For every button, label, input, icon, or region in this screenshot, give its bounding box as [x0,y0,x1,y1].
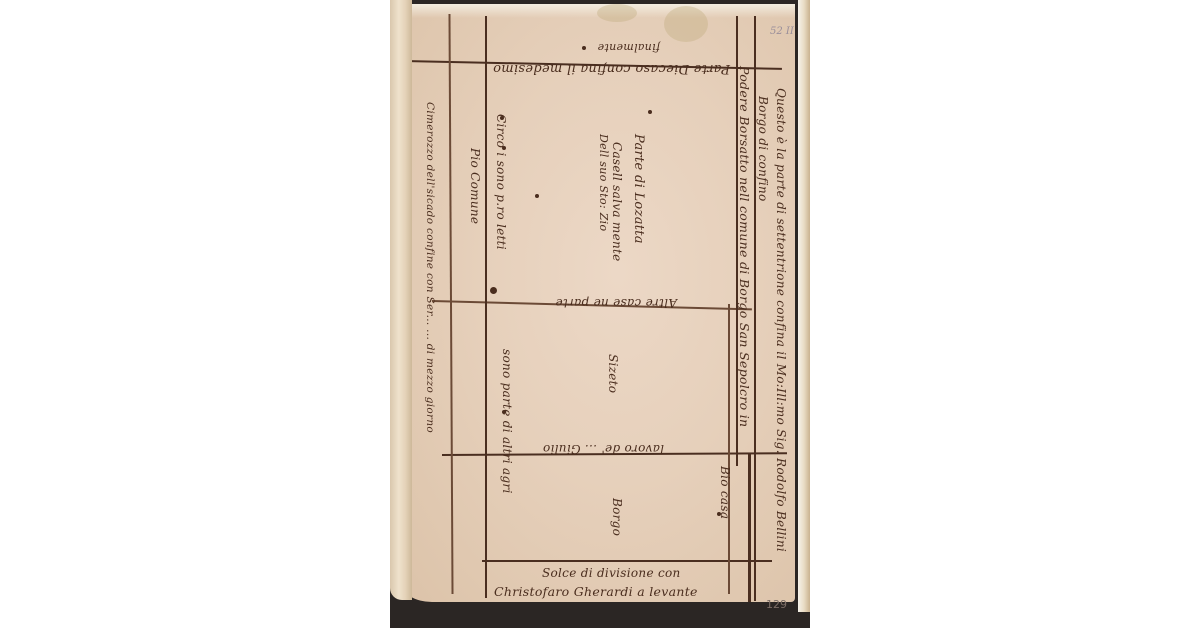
annotation-center-middle: Sizeto [606,354,620,393]
annotation-bottom-line2: Christofaro Gherardi a levante [494,584,698,599]
annotation-mid-inverted-1: Altre case ne parte [555,296,677,310]
ink-dot [535,194,539,198]
image-viewer: 52 II Parte Diecaso confina il medesimo … [0,0,1200,628]
annotation-right-outer: Questo è la parte di settentrione confin… [774,88,788,552]
annotation-left-outer: Cimerozzo dell'sicado confine con Ser...… [424,102,436,433]
ruled-line-left-outer [448,14,453,594]
annotation-top-inverted: Parte Diecaso confina il medesimo [493,61,730,76]
annotation-left-inner-2: Pio Comune [468,148,482,224]
ink-dot [502,146,506,150]
page-right-edge [798,0,810,612]
water-stain [664,6,708,42]
annotation-bottom-line1: Solce di divisione con [542,566,681,580]
annotation-center-3: Dell suo Sto: Zio [597,134,610,231]
water-stain [597,4,637,22]
binding-edge [390,0,412,600]
annotation-left-inner-1: Circo i sono p.ro letti [494,114,508,250]
annotation-mid-inverted-2: lavoro de' ... Giulio [543,442,664,456]
manuscript-scan: 52 II Parte Diecaso confina il medesimo … [390,0,810,628]
annotation-center-2: Casell salva mente [610,142,624,262]
ink-dot [717,512,721,516]
folio-number: 129 [766,598,787,611]
ruled-line-left-inner [485,16,487,598]
manuscript-page: 52 II Parte Diecaso confina il medesimo … [402,4,795,602]
ruled-line-right-inner-2 [728,304,730,594]
annotation-right-inner-2: Bio casa [718,466,732,519]
ruled-line-right-lower [748,454,751,602]
annotation-top-inverted-2: finalmente [597,41,660,54]
annotation-lower-left-column: sono parte di altri agri [500,349,514,494]
ink-dot [500,116,504,120]
annotation-center-1: Parte di Lozatta [631,134,646,244]
pencil-folio-mark: 52 II [770,26,794,37]
annotation-right-inner: Podere Borsatto nell comune di Borgo San… [737,66,752,427]
ink-dot [648,110,652,114]
annotation-center-lower: Borgo [610,498,624,536]
ink-dot [502,410,506,414]
ink-dot [582,46,586,50]
annotation-right-outer-2: Borgo di confino [756,96,770,202]
ink-dot [490,287,497,294]
